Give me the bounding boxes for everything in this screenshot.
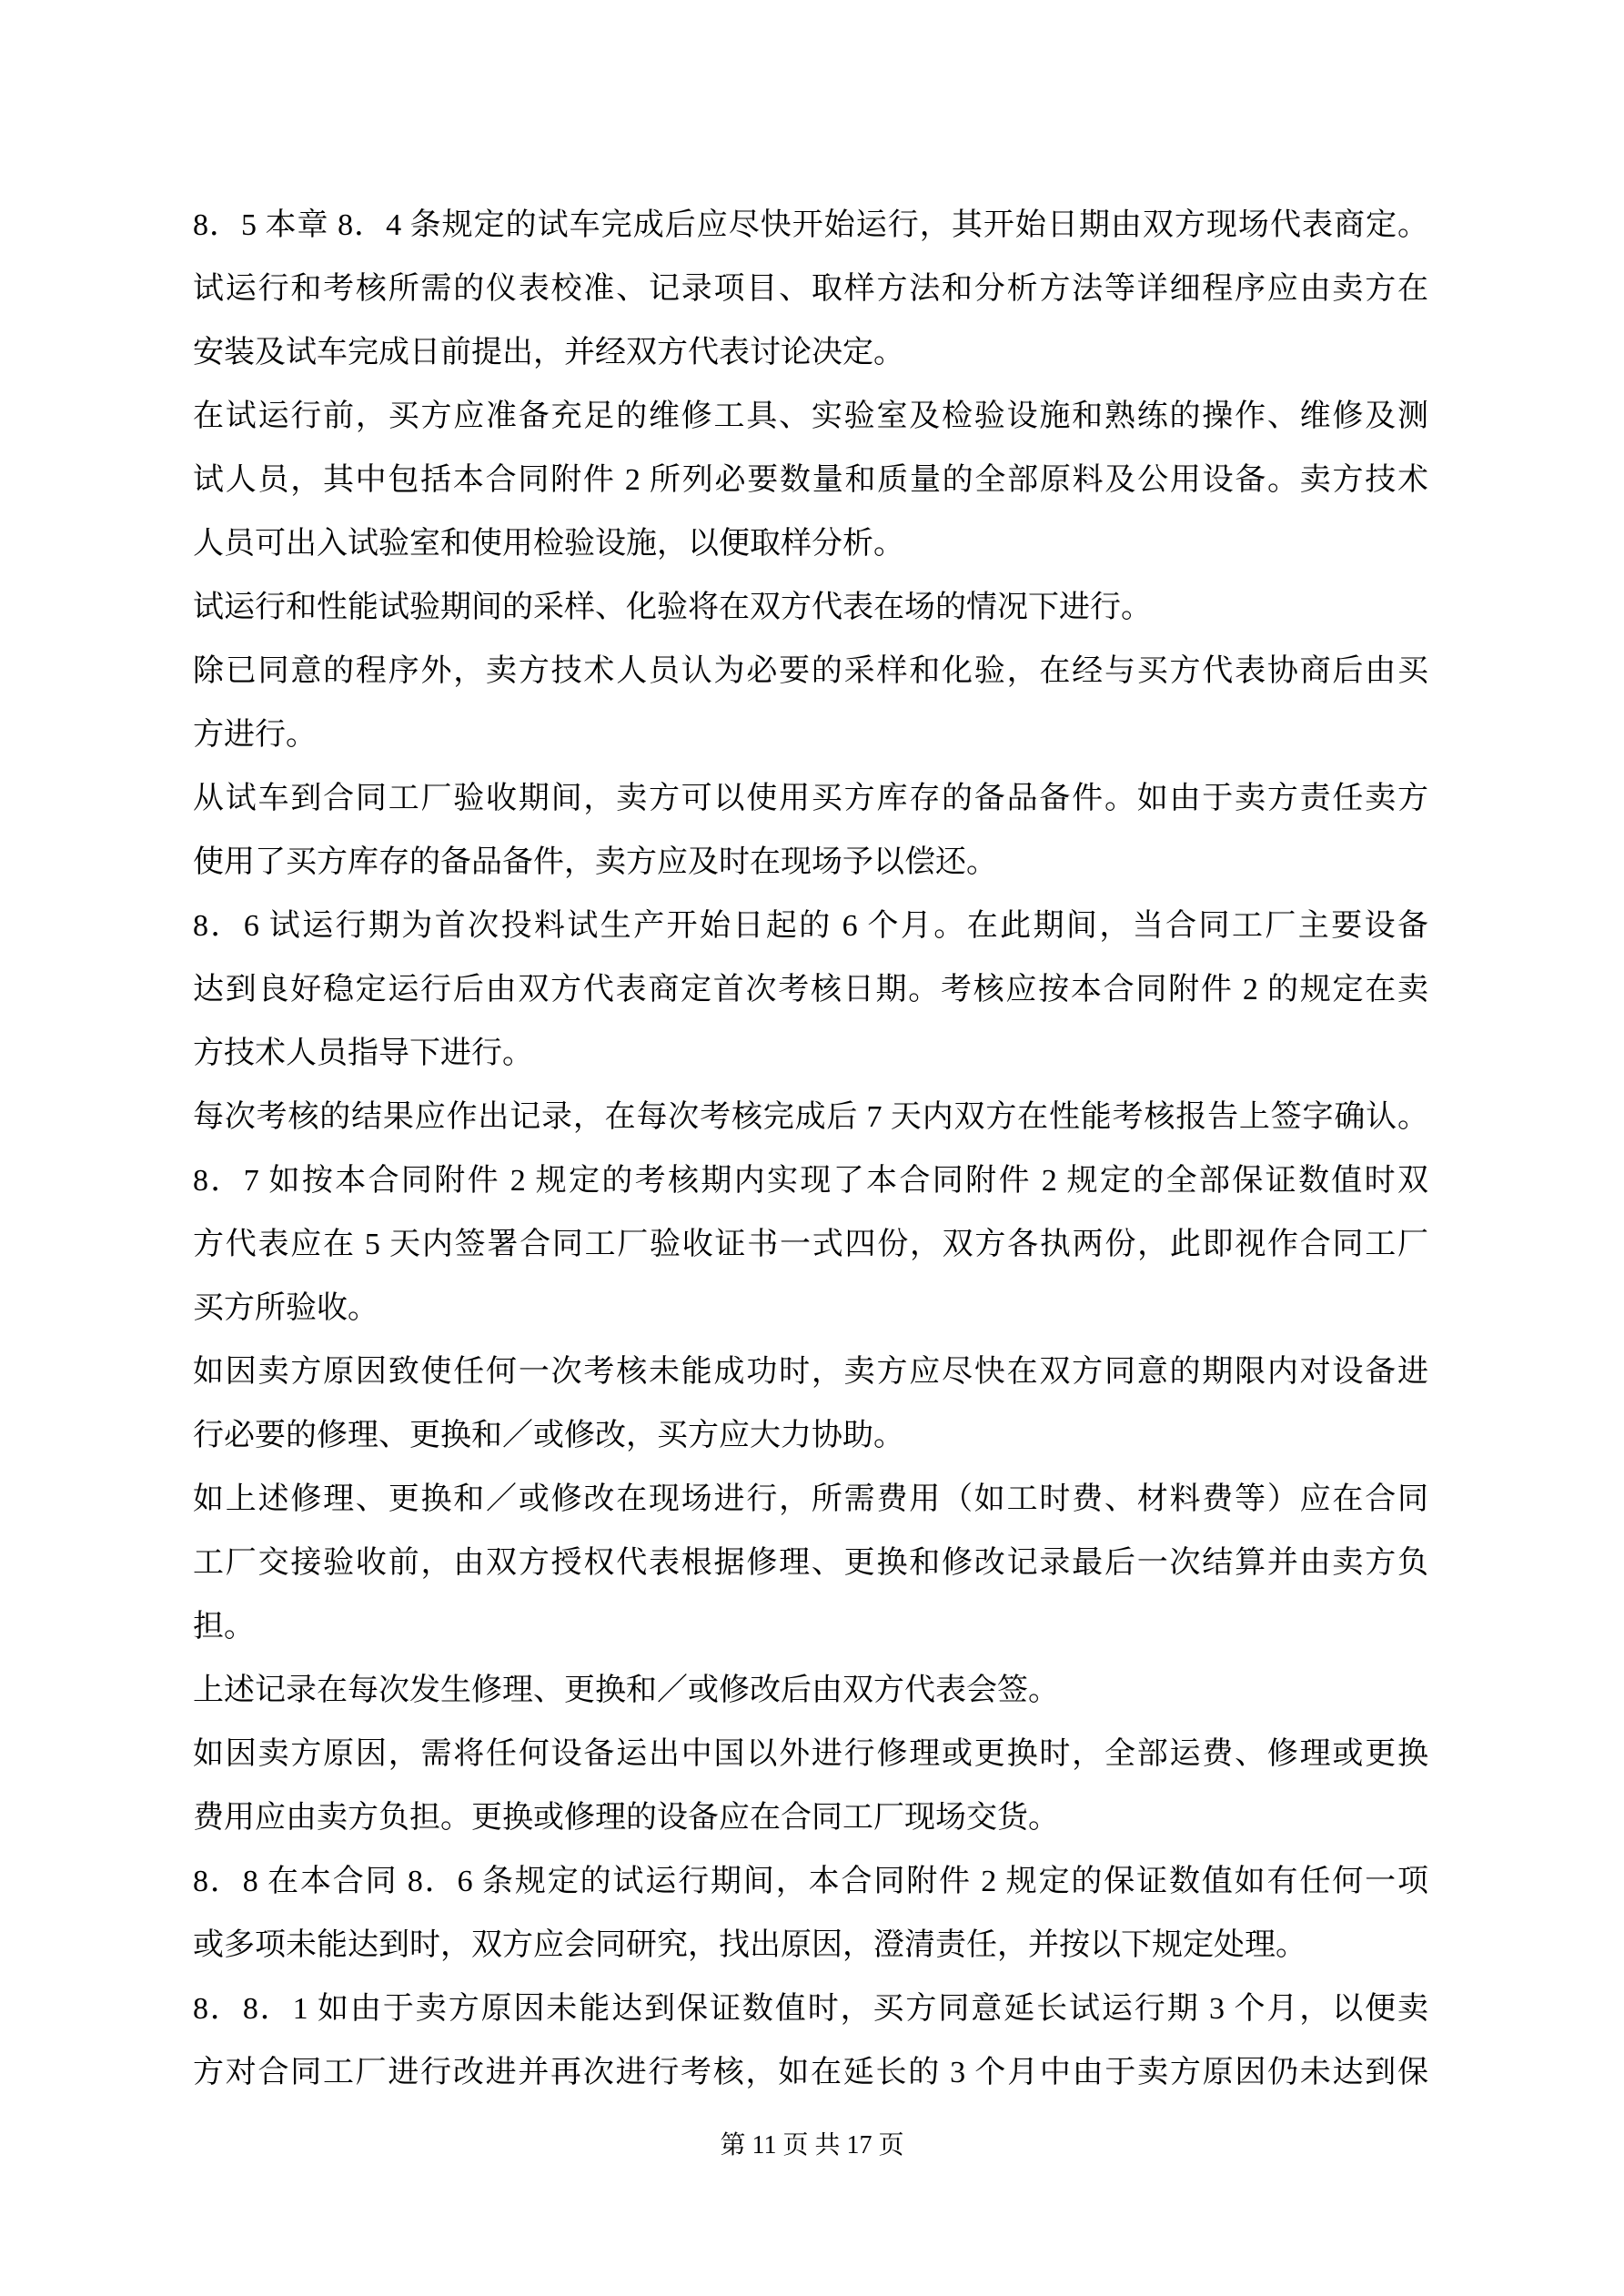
- document-page: 8．5 本章 8．4 条规定的试车完成后应尽快开始运行，其开始日期由双方现场代表…: [0, 0, 1624, 2296]
- text-line: 8．7 如按本合同附件 2 规定的考核期内实现了本合同附件 2 规定的全部保证数…: [193, 1149, 1428, 1213]
- text-line: 如因卖方原因致使任何一次考核未能成功时，卖方应尽快在双方同意的期限内对设备进: [193, 1340, 1428, 1404]
- text-line: 行必要的修理、更换和／或修改，买方应大力协助。: [193, 1404, 1428, 1468]
- text-line: 每次考核的结果应作出记录，在每次考核完成后 7 天内双方在性能考核报告上签字确认…: [193, 1086, 1428, 1149]
- text-line: 方技术人员指导下进行。: [193, 1022, 1428, 1086]
- text-line: 如因卖方原因，需将任何设备运出中国以外进行修理或更换时，全部运费、修理或更换: [193, 1723, 1428, 1786]
- text-line: 如上述修理、更换和／或修改在现场进行，所需费用（如工时费、材料费等）应在合同: [193, 1468, 1428, 1532]
- text-line: 担。: [193, 1595, 1428, 1659]
- text-line: 在试运行前，买方应准备充足的维修工具、实验室及检验设施和熟练的操作、维修及测: [193, 385, 1428, 449]
- text-line: 人员可出入试验室和使用检验设施，以便取样分析。: [193, 512, 1428, 576]
- text-line: 或多项未能达到时，双方应会同研究，找出原因，澄清责任，并按以下规定处理。: [193, 1914, 1428, 1977]
- text-line: 试运行和性能试验期间的采样、化验将在双方代表在场的情况下进行。: [193, 576, 1428, 640]
- text-line: 8．5 本章 8．4 条规定的试车完成后应尽快开始运行，其开始日期由双方现场代表…: [193, 194, 1428, 258]
- text-line: 安装及试车完成日前提出，并经双方代表讨论决定。: [193, 321, 1428, 385]
- text-line: 使用了买方库存的备品备件，卖方应及时在现场予以偿还。: [193, 831, 1428, 895]
- text-line: 上述记录在每次发生修理、更换和／或修改后由双方代表会签。: [193, 1659, 1428, 1723]
- text-line: 工厂交接验收前，由双方授权代表根据修理、更换和修改记录最后一次结算并由卖方负: [193, 1532, 1428, 1595]
- text-line: 试人员，其中包括本合同附件 2 所列必要数量和质量的全部原料及公用设备。卖方技术: [193, 449, 1428, 512]
- text-line: 方对合同工厂进行改进并再次进行考核，如在延长的 3 个月中由于卖方原因仍未达到保: [193, 2041, 1428, 2105]
- text-line: 买方所验收。: [193, 1277, 1428, 1340]
- text-line: 8．8．1 如由于卖方原因未能达到保证数值时，买方同意延长试运行期 3 个月，以…: [193, 1977, 1428, 2041]
- text-line: 方进行。: [193, 703, 1428, 767]
- text-line: 从试车到合同工厂验收期间，卖方可以使用买方库存的备品备件。如由于卖方责任卖方: [193, 767, 1428, 831]
- text-line: 费用应由卖方负担。更换或修理的设备应在合同工厂现场交货。: [193, 1786, 1428, 1850]
- text-line: 方代表应在 5 天内签署合同工厂验收证书一式四份，双方各执两份，此即视作合同工厂: [193, 1213, 1428, 1277]
- text-line: 试运行和考核所需的仪表校准、记录项目、取样方法和分析方法等详细程序应由卖方在: [193, 258, 1428, 321]
- text-line: 达到良好稳定运行后由双方代表商定首次考核日期。考核应按本合同附件 2 的规定在卖: [193, 958, 1428, 1022]
- text-line: 8．8 在本合同 8．6 条规定的试运行期间，本合同附件 2 规定的保证数值如有…: [193, 1850, 1428, 1914]
- page-number-footer: 第 11 页 共 17 页: [0, 2114, 1624, 2178]
- document-body: 8．5 本章 8．4 条规定的试车完成后应尽快开始运行，其开始日期由双方现场代表…: [193, 194, 1428, 2105]
- text-line: 除已同意的程序外，卖方技术人员认为必要的采样和化验，在经与买方代表协商后由买: [193, 640, 1428, 703]
- text-line: 8．6 试运行期为首次投料试生产开始日起的 6 个月。在此期间，当合同工厂主要设…: [193, 895, 1428, 958]
